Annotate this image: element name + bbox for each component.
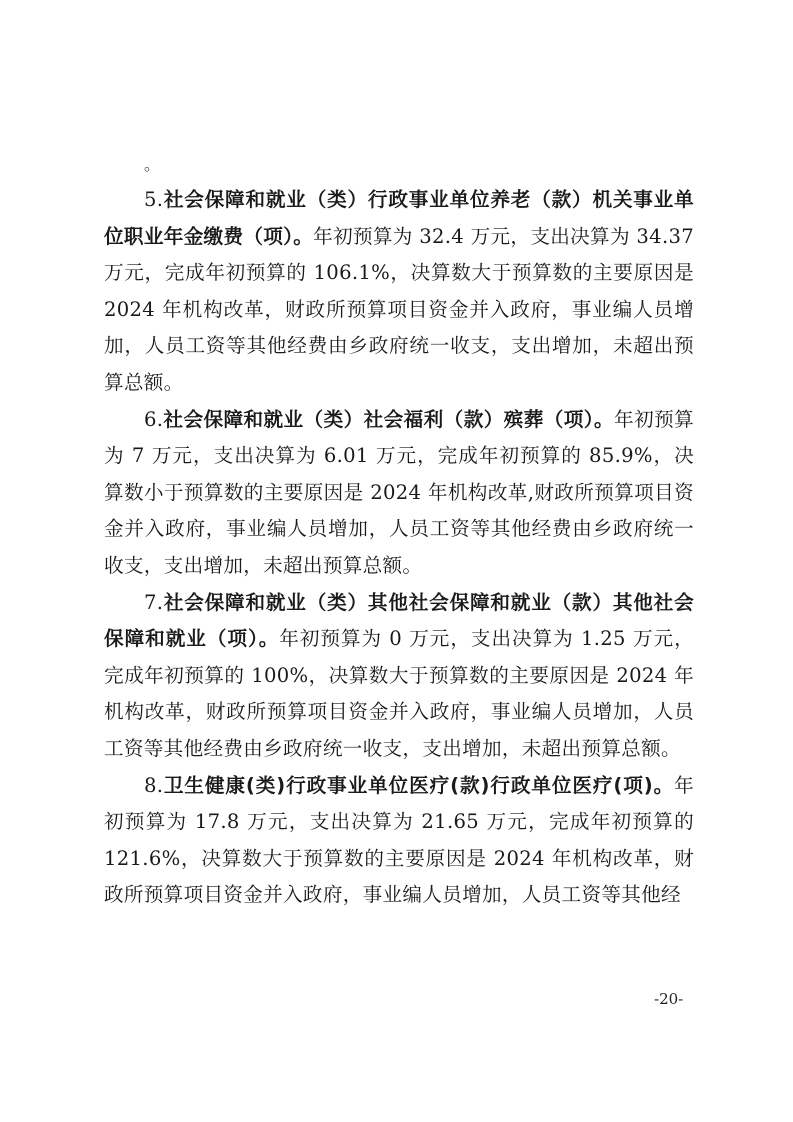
paragraph-6: 6.社会保障和就业（类）社会福利（款）殡葬（项）。年初预算为 7 万元，支出决算… <box>104 402 694 585</box>
paragraph-body: 年初预算为 32.4 万元，支出决算为 34.37 万元，完成年初预算的 106… <box>104 225 694 394</box>
paragraph-8: 8.卫生健康(类)行政事业单位医疗(款)行政单位医疗(项)。年初预算为 17.8… <box>104 768 694 914</box>
paragraph-body: 年初预算为 7 万元，支出决算为 6.01 万元，完成年初预算的 85.9%，决… <box>104 408 694 577</box>
paragraph-number: 7. <box>144 591 163 614</box>
paragraph-5: 5.社会保障和就业（类）行政事业单位养老（款）机关事业单位职业年金缴费（项）。年… <box>104 182 694 402</box>
paragraph-number: 8. <box>144 774 163 797</box>
paragraph-number: 5. <box>144 188 163 211</box>
paragraph-number: 6. <box>144 408 163 431</box>
paragraph-heading: 社会保障和就业（类）社会福利（款）殡葬（项）。 <box>163 408 614 431</box>
paragraph-heading: 卫生健康(类)行政事业单位医疗(款)行政单位医疗(项)。 <box>163 774 674 797</box>
document-page: 。 5.社会保障和就业（类）行政事业单位养老（款）机关事业单位职业年金缴费（项）… <box>104 150 694 914</box>
leading-fragment: 。 <box>104 150 694 180</box>
page-number: -20- <box>654 990 683 1008</box>
paragraph-7: 7.社会保障和就业（类）其他社会保障和就业（款）其他社会保障和就业（项）。年初预… <box>104 585 694 768</box>
